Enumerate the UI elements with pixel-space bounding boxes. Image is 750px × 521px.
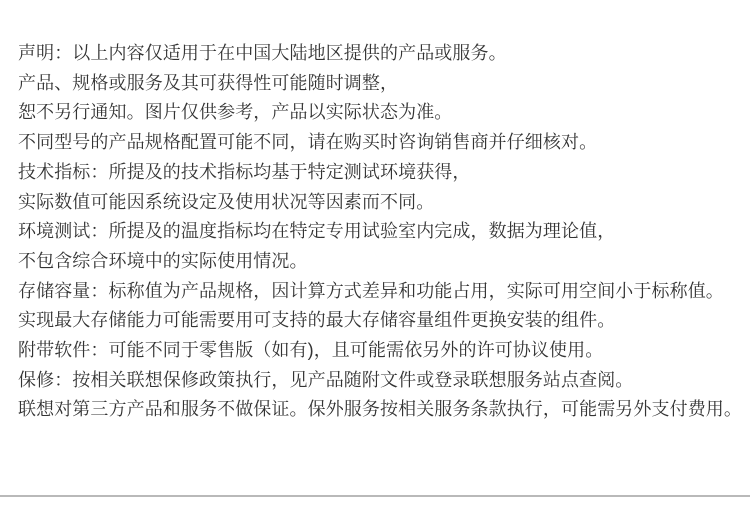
bottom-divider: [0, 495, 750, 497]
disclaimer-line: 联想对第三方产品和服务不做保证。保外服务按相关服务条款执行，可能需另外支付费用。: [18, 395, 750, 425]
disclaimer-line: 声明：以上内容仅适用于在中国大陆地区提供的产品或服务。: [18, 39, 750, 69]
disclaimer-line: 附带软件：可能不同于零售版（如有)，且可能需依另外的许可协议使用。: [18, 336, 750, 366]
disclaimer-line: 实现最大存储能力可能需要用可支持的最大存储容量组件更换安装的组件。: [18, 306, 750, 336]
disclaimer-line: 存储容量：标称值为产品规格，因计算方式差异和功能占用，实际可用空间小于标称值。: [18, 277, 750, 307]
disclaimer-line: 实际数值可能因系统设定及使用状况等因素而不同。: [18, 188, 750, 218]
disclaimer-line: 恕不另行通知。图片仅供参考，产品以实际状态为准。: [18, 98, 750, 128]
disclaimer-text-block: 声明：以上内容仅适用于在中国大陆地区提供的产品或服务。 产品、规格或服务及其可获…: [0, 0, 750, 425]
disclaimer-line: 不包含综合环境中的实际使用情况。: [18, 247, 750, 277]
disclaimer-line: 环境测试：所提及的温度指标均在特定专用试验室内完成，数据为理论值，: [18, 217, 750, 247]
disclaimer-line: 不同型号的产品规格配置可能不同，请在购买时咨询销售商并仔细核对。: [18, 128, 750, 158]
disclaimer-line: 保修：按相关联想保修政策执行，见产品随附文件或登录联想服务站点查阅。: [18, 366, 750, 396]
disclaimer-line: 产品、规格或服务及其可获得性可能随时调整，: [18, 69, 750, 99]
disclaimer-line: 技术指标：所提及的技术指标均基于特定测试环境获得，: [18, 158, 750, 188]
